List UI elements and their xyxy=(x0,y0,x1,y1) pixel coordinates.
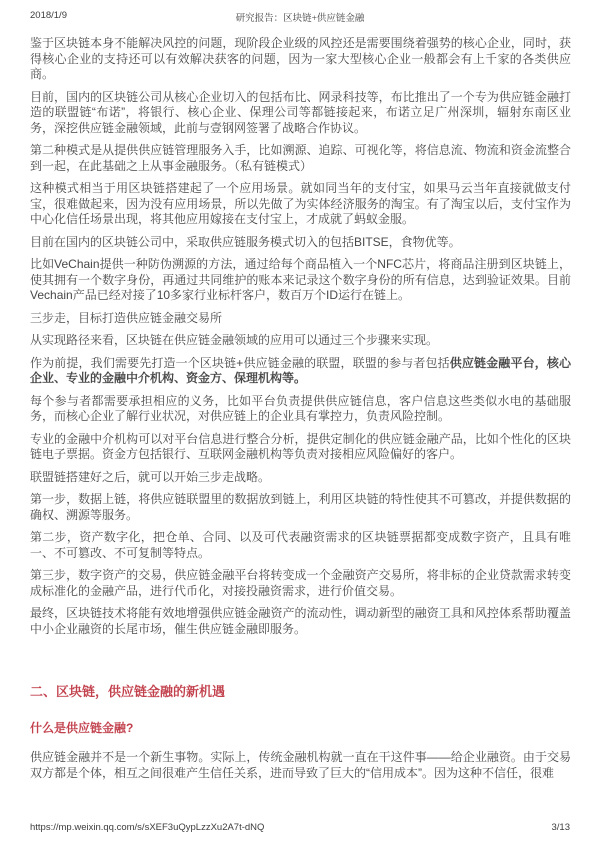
paragraph: 第二步，资产数字化，把仓单、合同、以及可代表融资需求的区块链票据都变成数字资产，… xyxy=(30,530,571,561)
paragraph: 最终，区块链技术将能有效地增强供应链金融资产的流动性，调动新型的融资工具和风控体… xyxy=(30,606,571,637)
document-title: 研究报告：区块链+供应链金融 xyxy=(30,10,570,24)
section-heading: 二、区块链，供应链金融的新机遇 xyxy=(30,683,571,700)
print-header: 2018/1/9 研究报告：区块链+供应链金融 xyxy=(30,10,570,24)
paragraph: 供应链金融并不是一个新生事物。实际上，传统金融机构就一直在干这件事——给企业融资… xyxy=(30,750,571,781)
paragraph: 这种模式相当于用区块链搭建起了一个应用场景。就如同当年的支付宝，如果马云当年直接… xyxy=(30,181,571,228)
paragraph: 联盟链搭建好之后，就可以开始三步走战略。 xyxy=(30,470,571,486)
paragraph: 目前，国内的区块链公司从核心企业切入的包括布比、网录科技等，布比推出了一个专为供… xyxy=(30,90,571,137)
paragraph-normal-run: 作为前提，我们需要先打造一个区块链+供应链金融的联盟，联盟的参与者包括 xyxy=(30,356,450,370)
source-url: https://mp.weixin.qq.com/s/sXEF3uQypLzzX… xyxy=(30,822,264,833)
print-footer: https://mp.weixin.qq.com/s/sXEF3uQypLzzX… xyxy=(30,822,570,833)
paragraph: 第三步，数字资产的交易，供应链金融平台将转变成一个金融资产交易所，将非标的企业贷… xyxy=(30,568,571,599)
paragraph-with-emphasis: 作为前提，我们需要先打造一个区块链+供应链金融的联盟，联盟的参与者包括供应链金融… xyxy=(30,356,571,387)
paragraph: 从实现路径来看，区块链在供应链金融领域的应用可以通过三个步骤来实现。 xyxy=(30,333,571,349)
paragraph: 第一步，数据上链，将供应链联盟里的数据放到链上，利用区块链的特性使其不可篡改，并… xyxy=(30,492,571,523)
printed-document-page: 2018/1/9 研究报告：区块链+供应链金融 鉴于区块链本身不能解决风控的问题… xyxy=(0,0,600,851)
article-body: 鉴于区块链本身不能解决风控的问题，现阶段企业级的风控还是需要围绕着强势的核心企业… xyxy=(30,36,571,788)
paragraph: 专业的金融中介机构可以对平台信息进行整合分析，提供定制化的供应链金融产品，比如个… xyxy=(30,432,571,463)
sub-heading: 什么是供应链金融? xyxy=(30,720,571,736)
paragraph: 比如VeChain提供一种防伪溯源的方法，通过给每个商品植入一个NFC芯片，将商… xyxy=(30,257,571,304)
paragraph: 目前在国内的区块链公司中，采取供应链服务模式切入的包括BITSE，食物优等。 xyxy=(30,235,571,251)
paragraph: 第二种模式是从提供供应链管理服务入手，比如溯源、追踪、可视化等，将信息流、物流和… xyxy=(30,143,571,174)
paragraph: 鉴于区块链本身不能解决风控的问题，现阶段企业级的风控还是需要围绕着强势的核心企业… xyxy=(30,36,571,83)
paragraph: 三步走，目标打造供应链金融交易所 xyxy=(30,311,571,327)
paragraph: 每个参与者都需要承担相应的义务，比如平台负责提供供应链信息，客户信息这些类似水电… xyxy=(30,394,571,425)
page-number: 3/13 xyxy=(552,822,571,833)
